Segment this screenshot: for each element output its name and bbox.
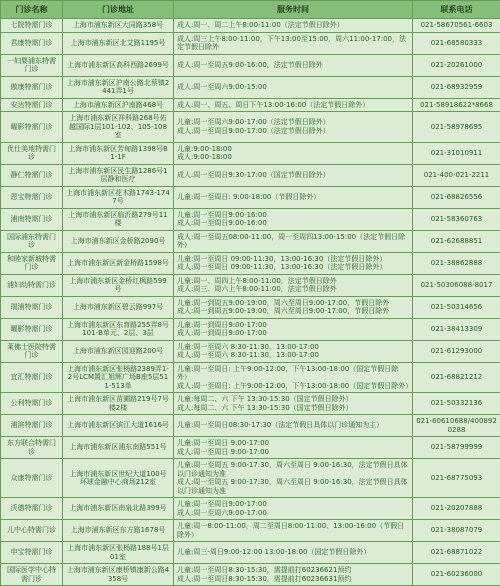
cell-address: 上海市浦东新区园迎路200号	[63, 340, 174, 362]
cell-address: 上海市浦东新区民生路1286号1层静和医疗	[63, 164, 174, 186]
cell-name: 一妇婴浦东特需门诊	[1, 54, 63, 76]
table-row: 静仁特需门诊上海市浦东新区民生路1286号1层静和医疗成人:周一至周日9:30-…	[1, 164, 500, 186]
cell-name: 儿中心特需门诊	[1, 520, 63, 542]
cell-phone: 021-58918622*8668	[413, 98, 500, 112]
cell-name: 浦妇幼特需门诊	[1, 274, 63, 296]
cell-phone: 021-38087079	[413, 520, 500, 542]
cell-name: 浦南特需门诊	[1, 208, 63, 230]
cell-address: 上海市浦东新区张杨路2389弄1-2号LCM置汇旭辉广场B座5层511-513单	[63, 362, 174, 393]
table-row: 沃德特需门诊上海市浦东新区南泉北路399号儿童:周一至周日9:00-17:00 …	[1, 498, 500, 520]
table-row: 安达特需门诊上海市浦东新区沪南路468号成人:周一、周五、周日下午13:00-1…	[1, 98, 500, 112]
cell-address: 上海市浦东新区金桥路2090号	[63, 230, 174, 252]
cell-address: 上海市浦东新区大同路358号	[63, 19, 174, 33]
cell-service: 儿童:每周二、六 下午 13:30-15:30（国定节假日除外） 成人:每周二、…	[174, 393, 413, 415]
cell-phone: 021-50332136	[413, 393, 500, 415]
cell-name: 君康特需门诊	[1, 32, 63, 54]
cell-address: 上海市浦东新区芳甸路1398号B1-1F	[63, 142, 174, 164]
cell-address: 上海市浦东新区滨江大道1616号	[63, 415, 174, 437]
table-row: 儿中心特需门诊上海市浦东新区东方路1678号儿童:周一8:00-11:00，周二…	[1, 520, 500, 542]
table-row: 国际浦东特需门诊上海市浦东新区金桥路2090号成人:周一至周五08:00-11:…	[1, 230, 500, 252]
cell-phone: 021-31010911	[413, 142, 500, 164]
cell-phone: 021-50306088-8017	[413, 274, 500, 296]
cell-name: 恩宝特需门诊	[1, 186, 63, 208]
cell-service: 成人:周一、周二上午8:00-11:00（法定节假日除外）	[174, 19, 413, 33]
cell-service: 儿童:周一8:00-11:00，周二至周日8:00-11:00、13:00-16…	[174, 520, 413, 542]
cell-address: 上海市浦东新区世纪大道100号环球金融中心商场212室	[63, 459, 174, 498]
table-row: 公利特需门诊上海市浦东新区苗圃路219号7号楼2楼儿童:每周二、六 下午 13:…	[1, 393, 500, 415]
cell-name: 浦滨特需门诊	[1, 415, 63, 437]
table-row: 宜汇特需门诊上海市浦东新区张杨路2389弄1-2号LCM置汇旭辉广场B座5层51…	[1, 362, 500, 393]
cell-service: 成人:周一、周五、周日下午13:00-16:00（法定节假日除外）	[174, 98, 413, 112]
header-row: 门诊名称 门诊地址 服务时间 联系电话	[1, 1, 500, 19]
cell-name: 和睦家新城特需门诊	[1, 252, 63, 274]
cell-phone: 021-38413309	[413, 318, 500, 340]
cell-phone: 021-58670561-6603	[413, 19, 500, 33]
table-row: 浦滨特需门诊上海市浦东新区滨江大道1616号儿童:周一至周日08:30-17:3…	[1, 415, 500, 437]
cell-service: 儿童:周一至周日 9:00-17:00 成人:周一至周日 9:00-17:00	[174, 437, 413, 459]
cell-name: 公利特需门诊	[1, 393, 63, 415]
cell-service: 成人:周一至周日9:30-17:00（国定节假日除外）	[174, 164, 413, 186]
column-header-phone: 联系电话	[413, 1, 500, 19]
cell-name: 七院特需门诊	[1, 19, 63, 33]
cell-phone: 021-68826556	[413, 186, 500, 208]
cell-name: 安达特需门诊	[1, 98, 63, 112]
cell-name: 宜汇特需门诊	[1, 362, 63, 393]
cell-address: 上海市浦东新区碧云路997号	[63, 296, 174, 318]
cell-phone: 021-38862888	[413, 252, 500, 274]
cell-phone: 021-20207888	[413, 498, 500, 520]
column-header-address: 门诊地址	[63, 1, 174, 19]
table-row: 浦妇幼特需门诊上海市浦东新区金桥红枫路599号儿童:周一、周四上午8:00-11…	[1, 274, 500, 296]
cell-service: 儿童:周一至周日 09:00-11:30，13:00-16:30（法定节假日除外…	[174, 252, 413, 274]
cell-name: 国际浦东特需门诊	[1, 230, 63, 252]
cell-name: 曜影特需门诊	[1, 318, 63, 340]
table-row: 东方联合特需门诊上海市浦东新区浦东南路551号儿童:周一至周日 9:00-17:…	[1, 437, 500, 459]
cell-address: 上海市浦东新区新金桥路1598号	[63, 252, 174, 274]
table-row: 莱佛士医院特需门诊上海市浦东新区园迎路200号儿童:周一至周六 8:30-11:…	[1, 340, 500, 362]
cell-phone: 021-68580333	[413, 32, 500, 54]
cell-address: 上海市浦东新区临沂路279号11楼	[63, 208, 174, 230]
cell-address: 上海市浦东新区东育路255弄8号101-B单元、2层、3层	[63, 318, 174, 340]
cell-service: 儿童:周一至周日9:00-16:00 成人:周一至周日9:00-16:00	[174, 208, 413, 230]
cell-phone: 021-68821212	[413, 362, 500, 393]
cell-address: 上海市浦东新区浦东南路551号	[63, 437, 174, 459]
cell-phone: 021-58978695	[413, 112, 500, 143]
cell-service: 儿童:9:00-18:00 成人:9:00-18:00	[174, 142, 413, 164]
cell-service: 儿童:周一至周六 8:30-11:30，13:00-17:00 成人:周一至周六…	[174, 340, 413, 362]
cell-service: 成人:周一至周五9:00-16:00，法定节假日除外	[174, 54, 413, 76]
cell-phone: 021-68932959	[413, 76, 500, 98]
cell-address: 上海市浦东新区沪南路468号	[63, 98, 174, 112]
cell-name: 静仁特需门诊	[1, 164, 63, 186]
column-header-name: 门诊名称	[1, 1, 63, 19]
cell-address: 上海市浦东新区康桥镇康新公路4358号	[63, 564, 174, 586]
cell-phone: 021-400-021-2211	[413, 164, 500, 186]
cell-service: 儿童:周一至周日08:30-17:30（法定节假日具体以门诊通知为主）	[174, 415, 413, 437]
cell-name: 东方联合特需门诊	[1, 437, 63, 459]
cell-service: 儿童:周一到周五9:00-19:00，周六至周日9:00-17:00，节假日除外…	[174, 296, 413, 318]
table-row: 曜影特需门诊上海市浦东新区祥科路268号佑越国际1层101-102、105-10…	[1, 112, 500, 143]
cell-phone: 021-20261000	[413, 54, 500, 76]
table-row: 一妇婴浦东特需门诊上海市浦东新区高科西路2699号成人:周一至周五9:00-16…	[1, 54, 500, 76]
clinic-table-body: 七院特需门诊上海市浦东新区大同路358号成人:周一、周二上午8:00-11:00…	[1, 19, 500, 586]
cell-phone: 021-68775093	[413, 459, 500, 498]
table-row: 优仕美地特需门诊上海市浦东新区芳甸路1398号B1-1F儿童:9:00-18:0…	[1, 142, 500, 164]
cell-phone: 021-62688851	[413, 230, 500, 252]
table-row: 申宝特需门诊上海市浦东新区张杨路188号1层01室儿童:周三-周日9:00-12…	[1, 542, 500, 564]
cell-service: 儿童:周一至周五 9:00-17:30，周六至周日 9:00-16:30，法定节…	[174, 459, 413, 498]
cell-service: 儿童:周一至周日8:30-15:30，需提前打60236621预约 成人:周一至…	[174, 564, 413, 586]
cell-name: 瑞浦特需门诊	[1, 296, 63, 318]
cell-address: 上海市浦东新区南泉北路399号	[63, 498, 174, 520]
cell-name: 优仕美地特需门诊	[1, 142, 63, 164]
cell-service: 成人:周三上午8:00-11:00，下午13:00至15:00，周六11:00-…	[174, 32, 413, 54]
cell-name: 傲康特需门诊	[1, 76, 63, 98]
cell-phone: 021-60610688/4008920288	[413, 415, 500, 437]
table-header: 门诊名称 门诊地址 服务时间 联系电话	[1, 1, 500, 19]
clinic-table: 门诊名称 门诊地址 服务时间 联系电话 七院特需门诊上海市浦东新区大同路358号…	[0, 0, 500, 586]
cell-name: 曜影特需门诊	[1, 112, 63, 143]
cell-service: 儿童:周一至周日: 9:00-18:00（节假日除外）	[174, 186, 413, 208]
table-row: 七院特需门诊上海市浦东新区大同路358号成人:周一、周二上午8:00-11:00…	[1, 19, 500, 33]
cell-name: 申宝特需门诊	[1, 542, 63, 564]
cell-address: 上海市浦东新区北艾路1195号	[63, 32, 174, 54]
cell-service: 成人:周一至周五08:00-11:00，周一至周四13:00-15:00（法定节…	[174, 230, 413, 252]
cell-phone: 021-61293000	[413, 340, 500, 362]
cell-name: 众康特需门诊	[1, 459, 63, 498]
cell-phone: 021-68871022	[413, 542, 500, 564]
table-row: 曜影特需门诊上海市浦东新区东育路255弄8号101-B单元、2层、3层儿童:周一…	[1, 318, 500, 340]
cell-service: 儿童:周一至周六9:00-17:00（法定节假日除外） 成人:周一至周日9:00…	[174, 112, 413, 143]
cell-phone: 021-60236000	[413, 564, 500, 586]
cell-phone: 021-58799999	[413, 437, 500, 459]
cell-address: 上海市浦东新区张杨路188号1层01室	[63, 542, 174, 564]
cell-service: 儿童:周一、周四上午8:00-11:00，法定节假日除外 成人:周三、周六上午8…	[174, 274, 413, 296]
cell-address: 上海市浦东新区苗圃路219号7号楼2楼	[63, 393, 174, 415]
table-row: 众康特需门诊上海市浦东新区世纪大道100号环球金融中心商场212室儿童:周一至周…	[1, 459, 500, 498]
table-row: 浦南特需门诊上海市浦东新区临沂路279号11楼儿童:周一至周日9:00-16:0…	[1, 208, 500, 230]
table-row: 瑞浦特需门诊上海市浦东新区碧云路997号儿童:周一到周五9:00-19:00，周…	[1, 296, 500, 318]
cell-phone: 021-50314656	[413, 296, 500, 318]
cell-service: 儿童:周一至周日: 上午9:00-12:00，下午13:00-18:00（国定节…	[174, 362, 413, 393]
column-header-service: 服务时间	[174, 1, 413, 19]
cell-service: 儿童:周一到周日9:00-17:00 成人:周一到周日9:00-17:00	[174, 318, 413, 340]
cell-name: 沃德特需门诊	[1, 498, 63, 520]
table-row: 国际医学中心特需门诊上海市浦东新区康桥镇康新公路4358号儿童:周一至周日8:3…	[1, 564, 500, 586]
cell-address: 上海市浦东新区东方路1678号	[63, 520, 174, 542]
cell-address: 上海市浦东新区沪南公路北蔡镇2441弄1号	[63, 76, 174, 98]
cell-name: 莱佛士医院特需门诊	[1, 340, 63, 362]
cell-address: 上海市浦东新区花木路1743-1747号	[63, 186, 174, 208]
table-row: 恩宝特需门诊上海市浦东新区花木路1743-1747号儿童:周一至周日: 9:00…	[1, 186, 500, 208]
cell-phone: 021-58360763	[413, 208, 500, 230]
table-row: 傲康特需门诊上海市浦东新区沪南公路北蔡镇2441弄1号成人:周一至周六9:00-…	[1, 76, 500, 98]
cell-service: 成人:周一至周六9:00-15:00	[174, 76, 413, 98]
cell-service: 儿童:周三-周日9:00-12:00 13:00-18:00（国定节假日除外）	[174, 542, 413, 564]
table-row: 君康特需门诊上海市浦东新区北艾路1195号成人:周三上午8:00-11:00，下…	[1, 32, 500, 54]
cell-address: 上海市浦东新区高科西路2699号	[63, 54, 174, 76]
cell-name: 国际医学中心特需门诊	[1, 564, 63, 586]
table-row: 和睦家新城特需门诊上海市浦东新区新金桥路1598号儿童:周一至周日 09:00-…	[1, 252, 500, 274]
cell-address: 上海市浦东新区金桥红枫路599号	[63, 274, 174, 296]
cell-address: 上海市浦东新区祥科路268号佑越国际1层101-102、105-108室	[63, 112, 174, 143]
cell-service: 儿童:周一至周日9:00-17:00 成人:周一至周六9:00-17:00	[174, 498, 413, 520]
